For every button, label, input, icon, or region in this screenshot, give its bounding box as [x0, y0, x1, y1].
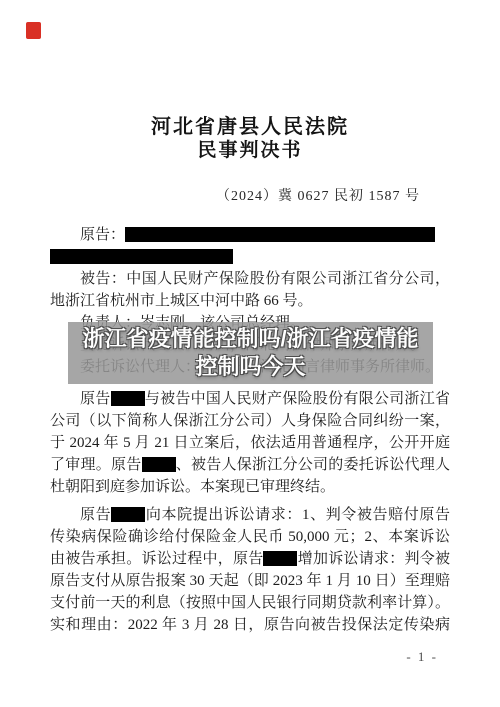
- case-number: （2024）冀 0627 民初 1587 号: [0, 185, 500, 205]
- body-text: 公司（以下简称人保浙江分公司）人身保险合同纠纷一案，本院: [50, 413, 450, 432]
- redaction-bar: [263, 551, 297, 566]
- corner-mark: [26, 22, 41, 39]
- redaction-bar: [111, 391, 145, 406]
- body-line: 原告支付从原告报案 30 天起（即 2023 年 1 月 10 日）至理赔款: [50, 570, 450, 592]
- page-number: - 1 -: [406, 649, 438, 665]
- body-line: 被告：中国人民财产保险股份有限公司浙江省分公司，住所: [50, 268, 450, 290]
- body-text: 地浙江省杭州市上城区中河中路 66 号。: [50, 293, 313, 309]
- body-line: 原告：: [50, 224, 450, 246]
- body-text: 原告支付从原告报案 30 天起（即 2023 年 1 月 10 日）至理赔款: [50, 573, 450, 592]
- document-page: 河北省唐县人民法院 民事判决书 （2024）冀 0627 民初 1587 号 原…: [0, 0, 500, 707]
- body-line: 传染病保险确诊给付保险金人民币 50,000 元；2、本案诉讼费用: [50, 526, 450, 548]
- body-line: 原告向本院提出诉讼请求：1、判令被告赔付原告法定: [50, 504, 450, 526]
- watermark-line2: 控制吗今天: [195, 353, 305, 381]
- redaction-bar: [50, 249, 233, 264]
- body-text: 于 2024 年 5 月 21 日立案后，依法适用普通程序，公开开庭进行: [50, 435, 450, 454]
- document-type-title: 民事判决书: [0, 135, 500, 162]
- document-body: 原告：被告：中国人民财产保险股份有限公司浙江省分公司，住所地浙江省杭州市上城区中…: [50, 224, 450, 636]
- body-text: 原告: [80, 507, 111, 523]
- body-line: 杜朝阳到庭参加诉讼。本案现已审理终结。: [50, 476, 450, 498]
- body-text: 原告：: [80, 227, 125, 243]
- body-line: 于 2024 年 5 月 21 日立案后，依法适用普通程序，公开开庭进行: [50, 432, 450, 454]
- body-line: 公司（以下简称人保浙江分公司）人身保险合同纠纷一案，本院: [50, 410, 450, 432]
- body-line: 实和理由：2022 年 3 月 28 日，原告向被告投保法定传染病保险，: [50, 614, 450, 636]
- redaction-bar: [111, 507, 145, 522]
- redaction-bar: [142, 457, 176, 472]
- body-text: 杜朝阳到庭参加诉讼。本案现已审理终结。: [50, 479, 335, 495]
- body-line: 由被告承担。诉讼过程中，原告增加诉讼请求：判令被告向: [50, 548, 450, 570]
- body-text: 被告：中国人民财产保险股份有限公司浙江省分公司，住所: [50, 271, 450, 290]
- body-text: 支付前一天的利息（按照中国人民银行同期贷款利率计算）。事: [50, 595, 450, 614]
- body-text: 传染病保险确诊给付保险金人民币 50,000 元；2、本案诉讼费用: [50, 529, 450, 548]
- body-line: 支付前一天的利息（按照中国人民银行同期贷款利率计算）。事: [50, 592, 450, 614]
- body-line: 地浙江省杭州市上城区中河中路 66 号。: [50, 290, 450, 312]
- body-line: [50, 246, 450, 268]
- body-text: 原告: [80, 391, 111, 407]
- body-line: 了审理。原告、被告人保浙江分公司的委托诉讼代理人肖川、: [50, 454, 450, 476]
- body-line: 原告与被告中国人民财产保险股份有限公司浙江省分: [50, 388, 450, 410]
- watermark-line1: 浙江省疫情能控制吗/浙江省疫情能: [82, 325, 418, 353]
- body-text: 实和理由：2022 年 3 月 28 日，原告向被告投保法定传染病保险，: [50, 617, 450, 636]
- body-text: 由被告承担。诉讼过程中，原告: [50, 551, 263, 567]
- redaction-bar: [125, 227, 435, 242]
- body-text: 了审理。原告: [50, 457, 142, 473]
- watermark-overlay: 浙江省疫情能控制吗/浙江省疫情能 控制吗今天: [68, 322, 433, 384]
